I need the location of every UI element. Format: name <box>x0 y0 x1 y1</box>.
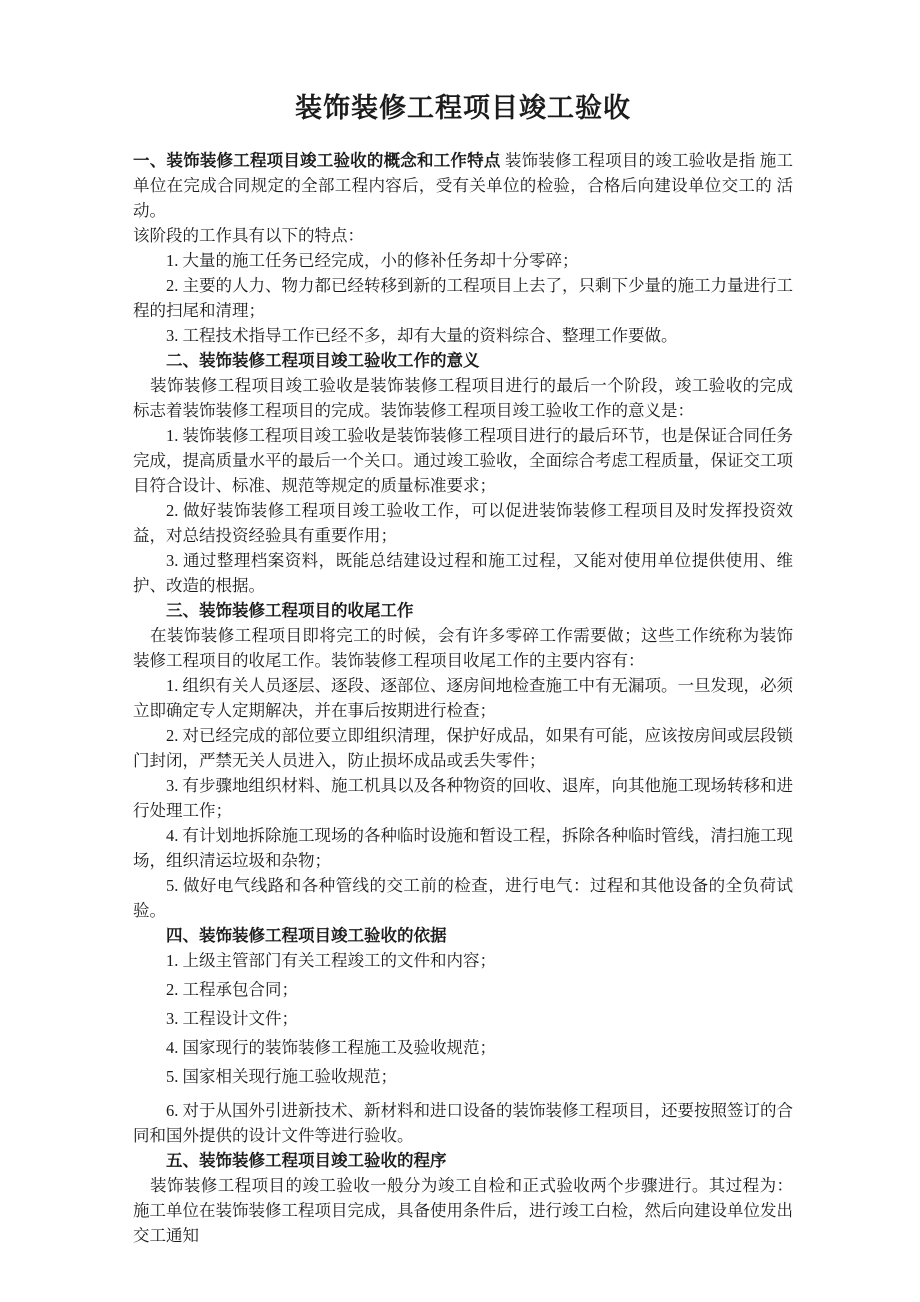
list-item: 2. 工程承包合同； <box>133 977 793 1002</box>
document-title: 装饰装修工程项目竣工验收 <box>133 90 793 126</box>
section-5-heading: 五、装饰装修工程项目竣工验收的程序 <box>133 1148 793 1173</box>
list-item: 1. 大量的施工任务已经完成，小的修补任务却十分零碎； <box>133 248 793 273</box>
list-item: 5. 做好电气线路和各种管线的交工前的检查，进行电气：过程和其他设备的全负荷试验… <box>133 873 793 923</box>
section-2-lead-paragraph: 装饰装修工程项目竣工验收是装饰装修工程项目进行的最后一个阶段，竣工验收的完成 标… <box>133 373 793 423</box>
list-item: 3. 工程设计文件； <box>133 1006 793 1031</box>
section-wrap-up-work: 三、装饰装修工程项目的收尾工作 在装饰装修工程项目即将完工的时候，会有许多零碎工… <box>133 598 793 923</box>
section-acceptance-basis: 四、装饰装修工程项目竣工验收的依据 1. 上级主管部门有关工程竣工的文件和内容；… <box>133 923 793 1148</box>
section-1-lead-paragraph: 一、装饰装修工程项目竣工验收的概念和工作特点 装饰装修工程项目的竣工验收是指 施… <box>133 148 793 223</box>
list-item: 3. 有步骤地组织材料、施工机具以及各种物资的回收、退库，向其他施工现场转移和进… <box>133 773 793 823</box>
list-item: 3. 工程技术指导工作已经不多，却有大量的资料综合、整理工作要做。 <box>133 323 793 348</box>
document-body: 一、装饰装修工程项目竣工验收的概念和工作特点 装饰装修工程项目的竣工验收是指 施… <box>133 148 793 1248</box>
list-item: 2. 对已经完成的部位要立即组织清理，保护好成品，如果有可能，应该按房间或层段锁… <box>133 723 793 773</box>
list-item: 5. 国家相关现行施工验收规范； <box>133 1064 793 1089</box>
list-item: 4. 国家现行的装饰装修工程施工及验收规范； <box>133 1035 793 1060</box>
section-5-lead-paragraph: 装饰装修工程项目的竣工验收一般分为竣工自检和正式验收两个步骤进行。其过程为： 施… <box>133 1173 793 1248</box>
list-item: 4. 有计划地拆除施工现场的各种临时设施和暂设工程，拆除各种临时管线，清扫施工现… <box>133 823 793 873</box>
list-item: 1. 上级主管部门有关工程竣工的文件和内容； <box>133 948 793 973</box>
list-item: 6. 对于从国外引进新技术、新材料和进口设备的装饰装修工程项目，还要按照签订的合… <box>133 1098 793 1148</box>
list-item: 1. 组织有关人员逐层、逐段、逐部位、逐房间地检查施工中有无漏项。一旦发现，必须… <box>133 673 793 723</box>
section-3-heading: 三、装饰装修工程项目的收尾工作 <box>133 598 793 623</box>
section-1-heading: 一、装饰装修工程项目竣工验收的概念和工作特点 <box>133 151 501 170</box>
section-1-paragraph: 该阶段的工作具有以下的特点： <box>133 223 793 248</box>
list-item: 2. 主要的人力、物力都已经转移到新的工程项目上去了，只剩下少量的施工力量进行工… <box>133 273 793 323</box>
section-acceptance-procedure: 五、装饰装修工程项目竣工验收的程序 装饰装修工程项目的竣工验收一般分为竣工自检和… <box>133 1148 793 1248</box>
list-item: 3. 通过整理档案资料，既能总结建设过程和施工过程，又能对使用单位提供使用、维护… <box>133 548 793 598</box>
section-concept-and-features: 一、装饰装修工程项目竣工验收的概念和工作特点 装饰装修工程项目的竣工验收是指 施… <box>133 148 793 348</box>
list-item: 2. 做好装饰装修工程项目竣工验收工作，可以促进装饰装修工程项目及时发挥投资效 … <box>133 498 793 548</box>
section-2-heading: 二、装饰装修工程项目竣工验收工作的意义 <box>133 348 793 373</box>
section-4-heading: 四、装饰装修工程项目竣工验收的依据 <box>133 923 793 948</box>
section-significance: 二、装饰装修工程项目竣工验收工作的意义 装饰装修工程项目竣工验收是装饰装修工程项… <box>133 348 793 598</box>
list-item: 1. 装饰装修工程项目竣工验收是装饰装修工程项目进行的最后环节，也是保证合同任务… <box>133 423 793 498</box>
section-3-lead-paragraph: 在装饰装修工程项目即将完工的时候，会有许多零碎工作需要做；这些工作统称为装饰 装… <box>133 623 793 673</box>
document-page: 装饰装修工程项目竣工验收 一、装饰装修工程项目竣工验收的概念和工作特点 装饰装修… <box>0 0 920 1302</box>
